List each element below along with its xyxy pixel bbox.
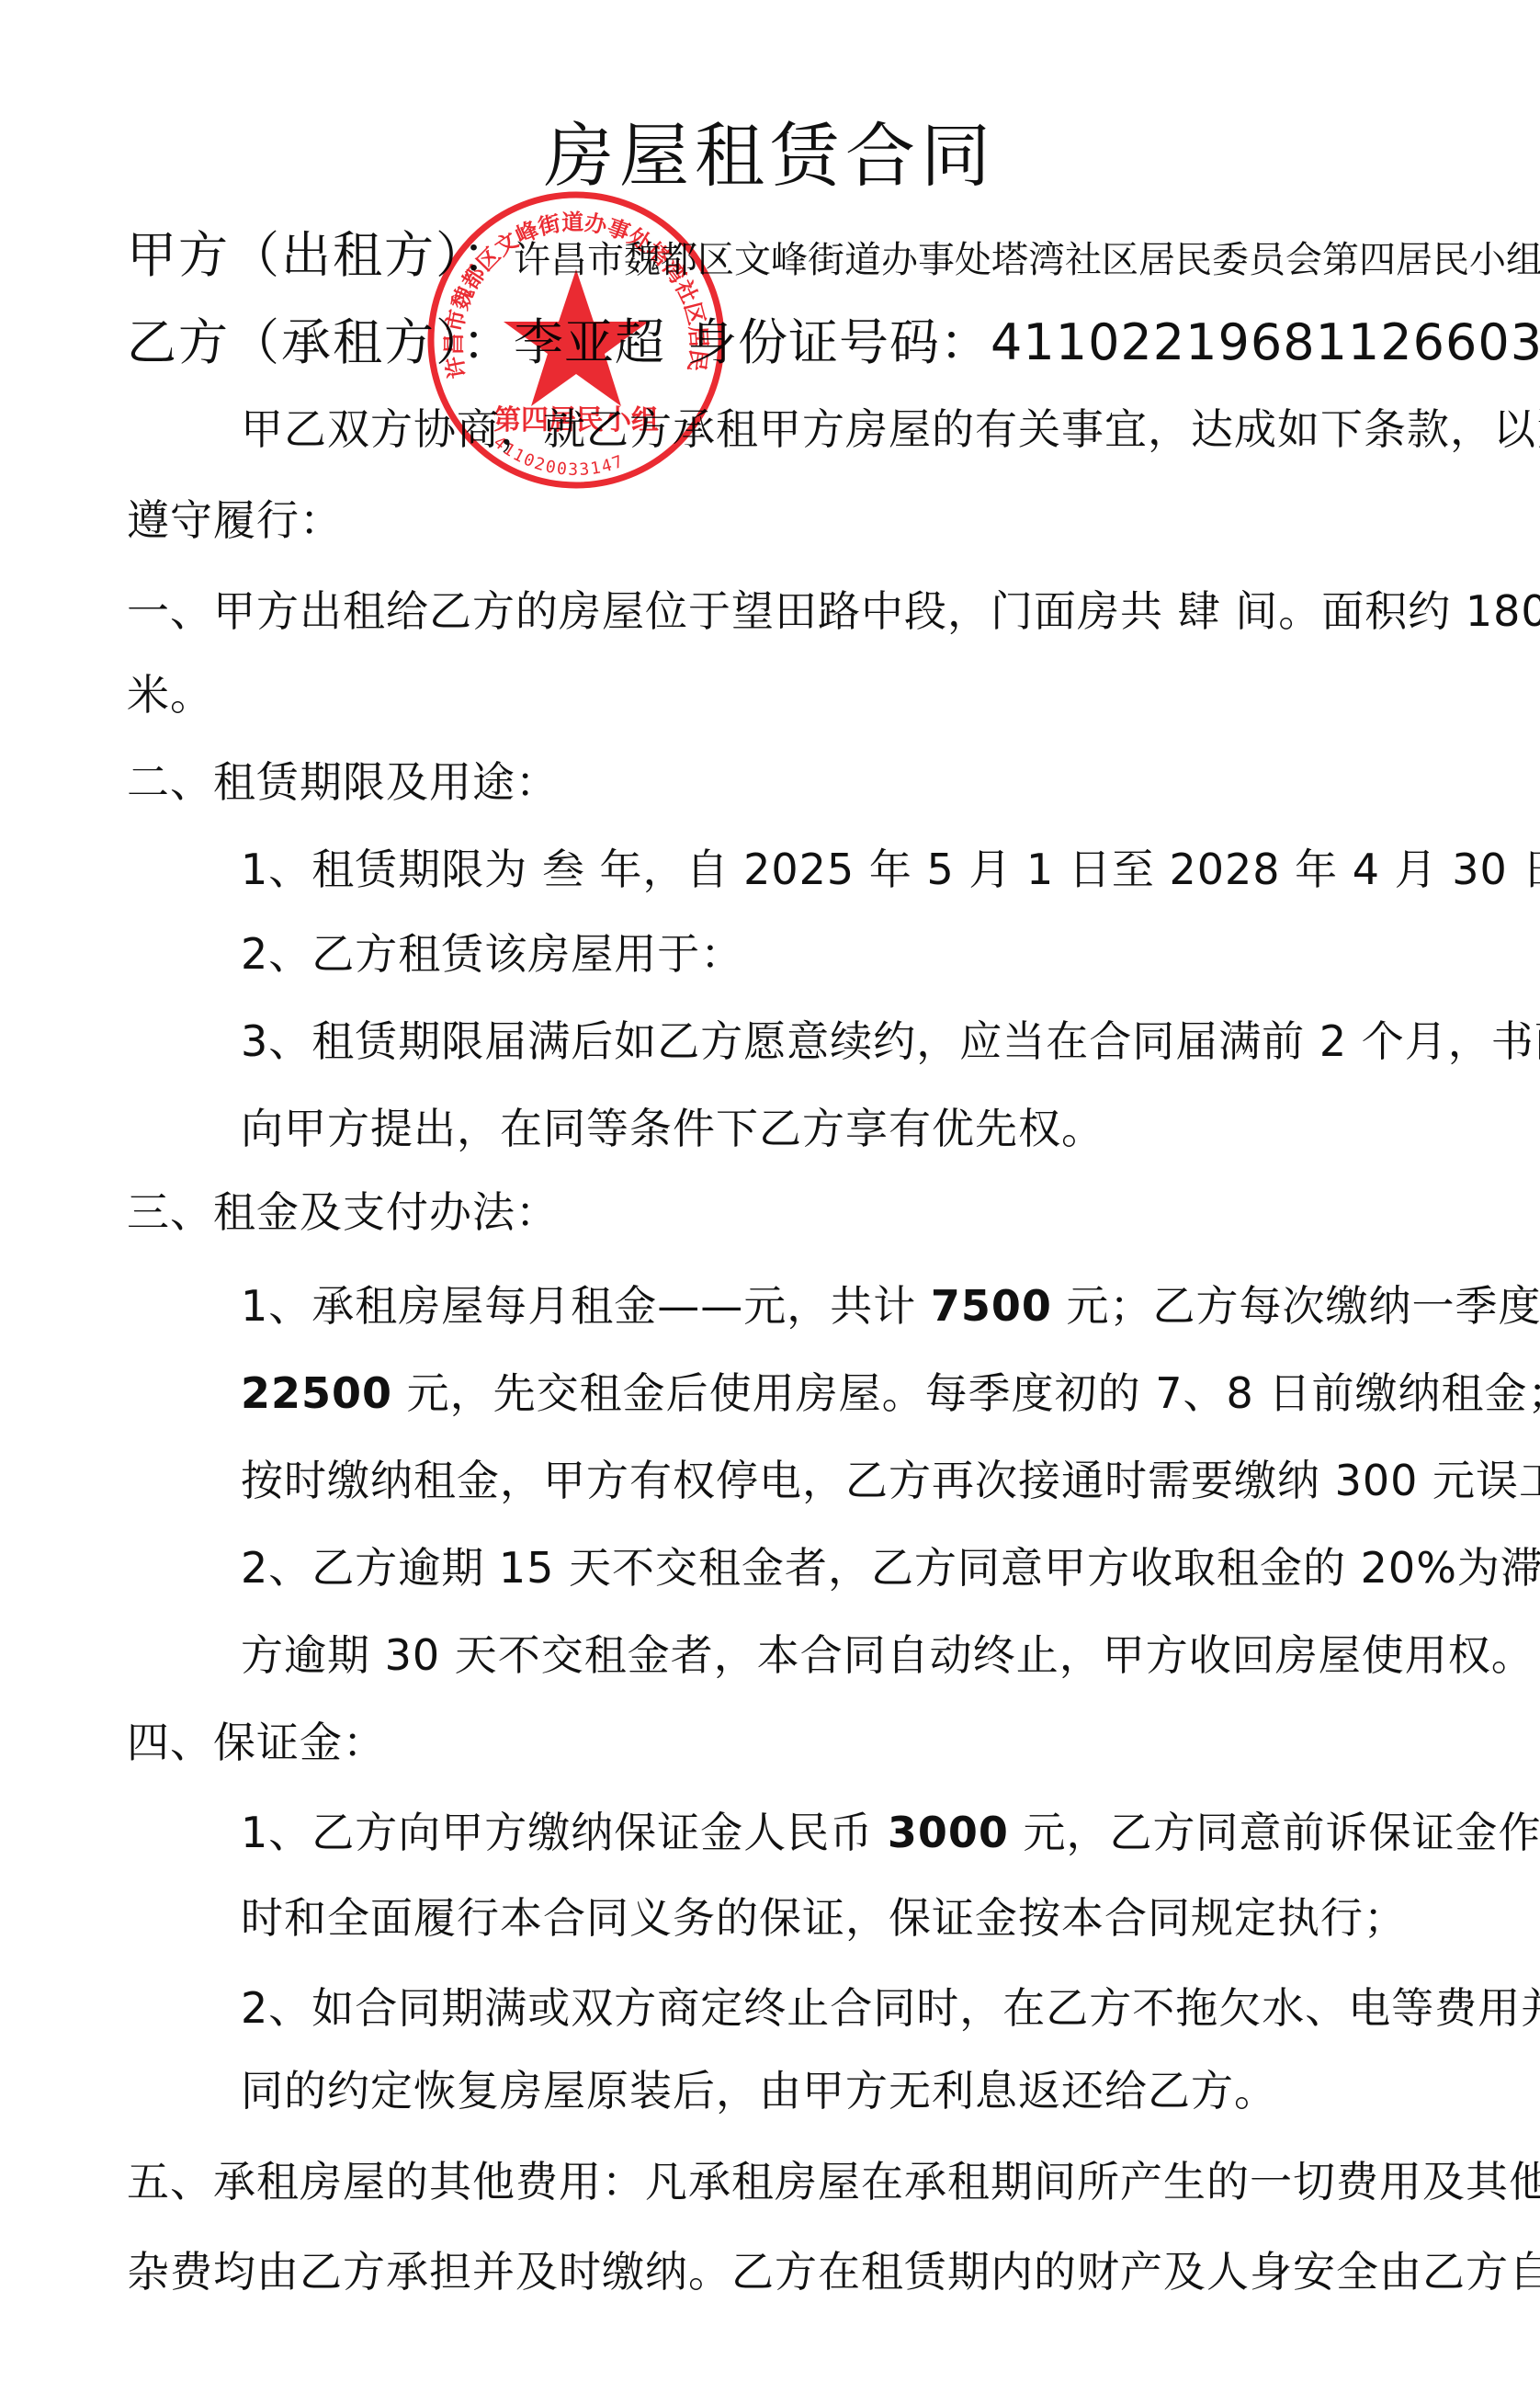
section4-item2-line2: 同的约定恢复房屋原装后，由甲方无利息返还给乙方。 xyxy=(241,2063,1277,2118)
intro-line-2: 遵守履行： xyxy=(127,493,343,548)
party-b-id-number: 411022196811266033 xyxy=(991,313,1540,371)
section2-item3-line2: 向甲方提出，在同等条件下乙方享有优先权。 xyxy=(241,1101,1104,1156)
section2-item2: 2、乙方租赁该房屋用于： xyxy=(241,926,743,981)
section3-item2-line1: 2、乙方逾期 15 天不交租金者，乙方同意甲方收取租金的 20%为滞纳金，乙 xyxy=(241,1540,1540,1595)
text: 元，乙方同意前诉保证金作为乙方按 xyxy=(1009,1808,1540,1857)
section5-line-1: 五、承租房屋的其他费用：凡承租房屋在承租期间所产生的一切费用及其他 xyxy=(127,2154,1540,2209)
section3-item1-line1: 1、承租房屋每月租金——元，共计 7500 元；乙方每次缴纳一季度的租金 xyxy=(241,1278,1540,1333)
text: 1、承租房屋每月租金——元，共计 xyxy=(241,1281,931,1331)
section3-item1-line3: 按时缴纳租金，甲方有权停电，乙方再次接通时需要缴纳 300 元误工费。 xyxy=(241,1453,1540,1508)
section3-item2-line2: 方逾期 30 天不交租金者，本合同自动终止，甲方收回房屋使用权。 xyxy=(241,1628,1534,1683)
section4-item1-line2: 时和全面履行本合同义务的保证，保证金按本合同规定执行； xyxy=(241,1890,1407,1945)
party-a-value: 许昌市魏都区文峰街道办事处塔湾社区居民委员会第四居民小组 xyxy=(514,239,1540,281)
section1-line-2: 米。 xyxy=(127,667,213,722)
document-title: 房屋租赁合同 xyxy=(0,118,1540,195)
party-b-label: 乙方（承租方）： xyxy=(127,313,514,371)
text: 元；乙方每次缴纳一季度的租金 xyxy=(1052,1281,1540,1331)
contract-page: 房屋租赁合同 甲方（出租方）：许昌市魏都区文峰街道办事处塔湾社区居民委员会第四居… xyxy=(0,0,1540,2382)
party-b-line: 乙方（承租方）：李亚超身份证号码：411022196811266033 xyxy=(127,315,1540,372)
section4-item1-line1: 1、乙方向甲方缴纳保证金人民币 3000 元，乙方同意前诉保证金作为乙方按 xyxy=(241,1805,1540,1860)
section2-item1: 1、租赁期限为 叁 年，自 2025 年 5 月 1 日至 2028 年 4 月… xyxy=(241,842,1540,897)
party-a-label: 甲方（出租方）： xyxy=(127,226,514,284)
section4-heading: 四、保证金： xyxy=(127,1715,386,1770)
section2-item3-line1: 3、租赁期限届满后如乙方愿意续约，应当在合同届满前 2 个月，书面形式 xyxy=(241,1014,1540,1069)
deposit-amount: 3000 xyxy=(888,1808,1009,1857)
monthly-total-amount: 7500 xyxy=(931,1281,1052,1331)
text: 元，先交租金后使用房屋。每季度初的 7、8 日前缴纳租金；乙方如不 xyxy=(392,1368,1540,1418)
section3-heading: 三、租金及支付办法： xyxy=(127,1185,559,1240)
section2-heading: 二、租赁期限及用途： xyxy=(127,754,559,810)
party-b-id-label: 身份证号码： xyxy=(687,313,991,371)
section4-item2-line1: 2、如合同期满或双方商定终止合同时，在乙方不拖欠水、电等费用并按照合 xyxy=(241,1980,1540,2036)
section5-line-2: 杂费均由乙方承担并及时缴纳。乙方在租赁期内的财产及人身安全由乙方自行负责， xyxy=(127,2244,1540,2299)
text: 1、乙方向甲方缴纳保证金人民币 xyxy=(241,1808,888,1857)
party-a-line: 甲方（出租方）：许昌市魏都区文峰街道办事处塔湾社区居民委员会第四居民小组 xyxy=(127,228,1540,288)
quarterly-amount: 22500 xyxy=(241,1368,392,1418)
section1-line-1: 一、甲方出租给乙方的房屋位于望田路中段，门面房共 肆 间。面积约 180 平方 xyxy=(127,584,1540,639)
intro-line-1: 甲乙双方协商，就乙方承租甲方房屋的有关事宜，达成如下条款，以资共同 xyxy=(241,402,1540,457)
section3-item1-line2: 22500 元，先交租金后使用房屋。每季度初的 7、8 日前缴纳租金；乙方如不 xyxy=(241,1366,1540,1421)
party-b-name: 李亚超 xyxy=(514,313,665,371)
